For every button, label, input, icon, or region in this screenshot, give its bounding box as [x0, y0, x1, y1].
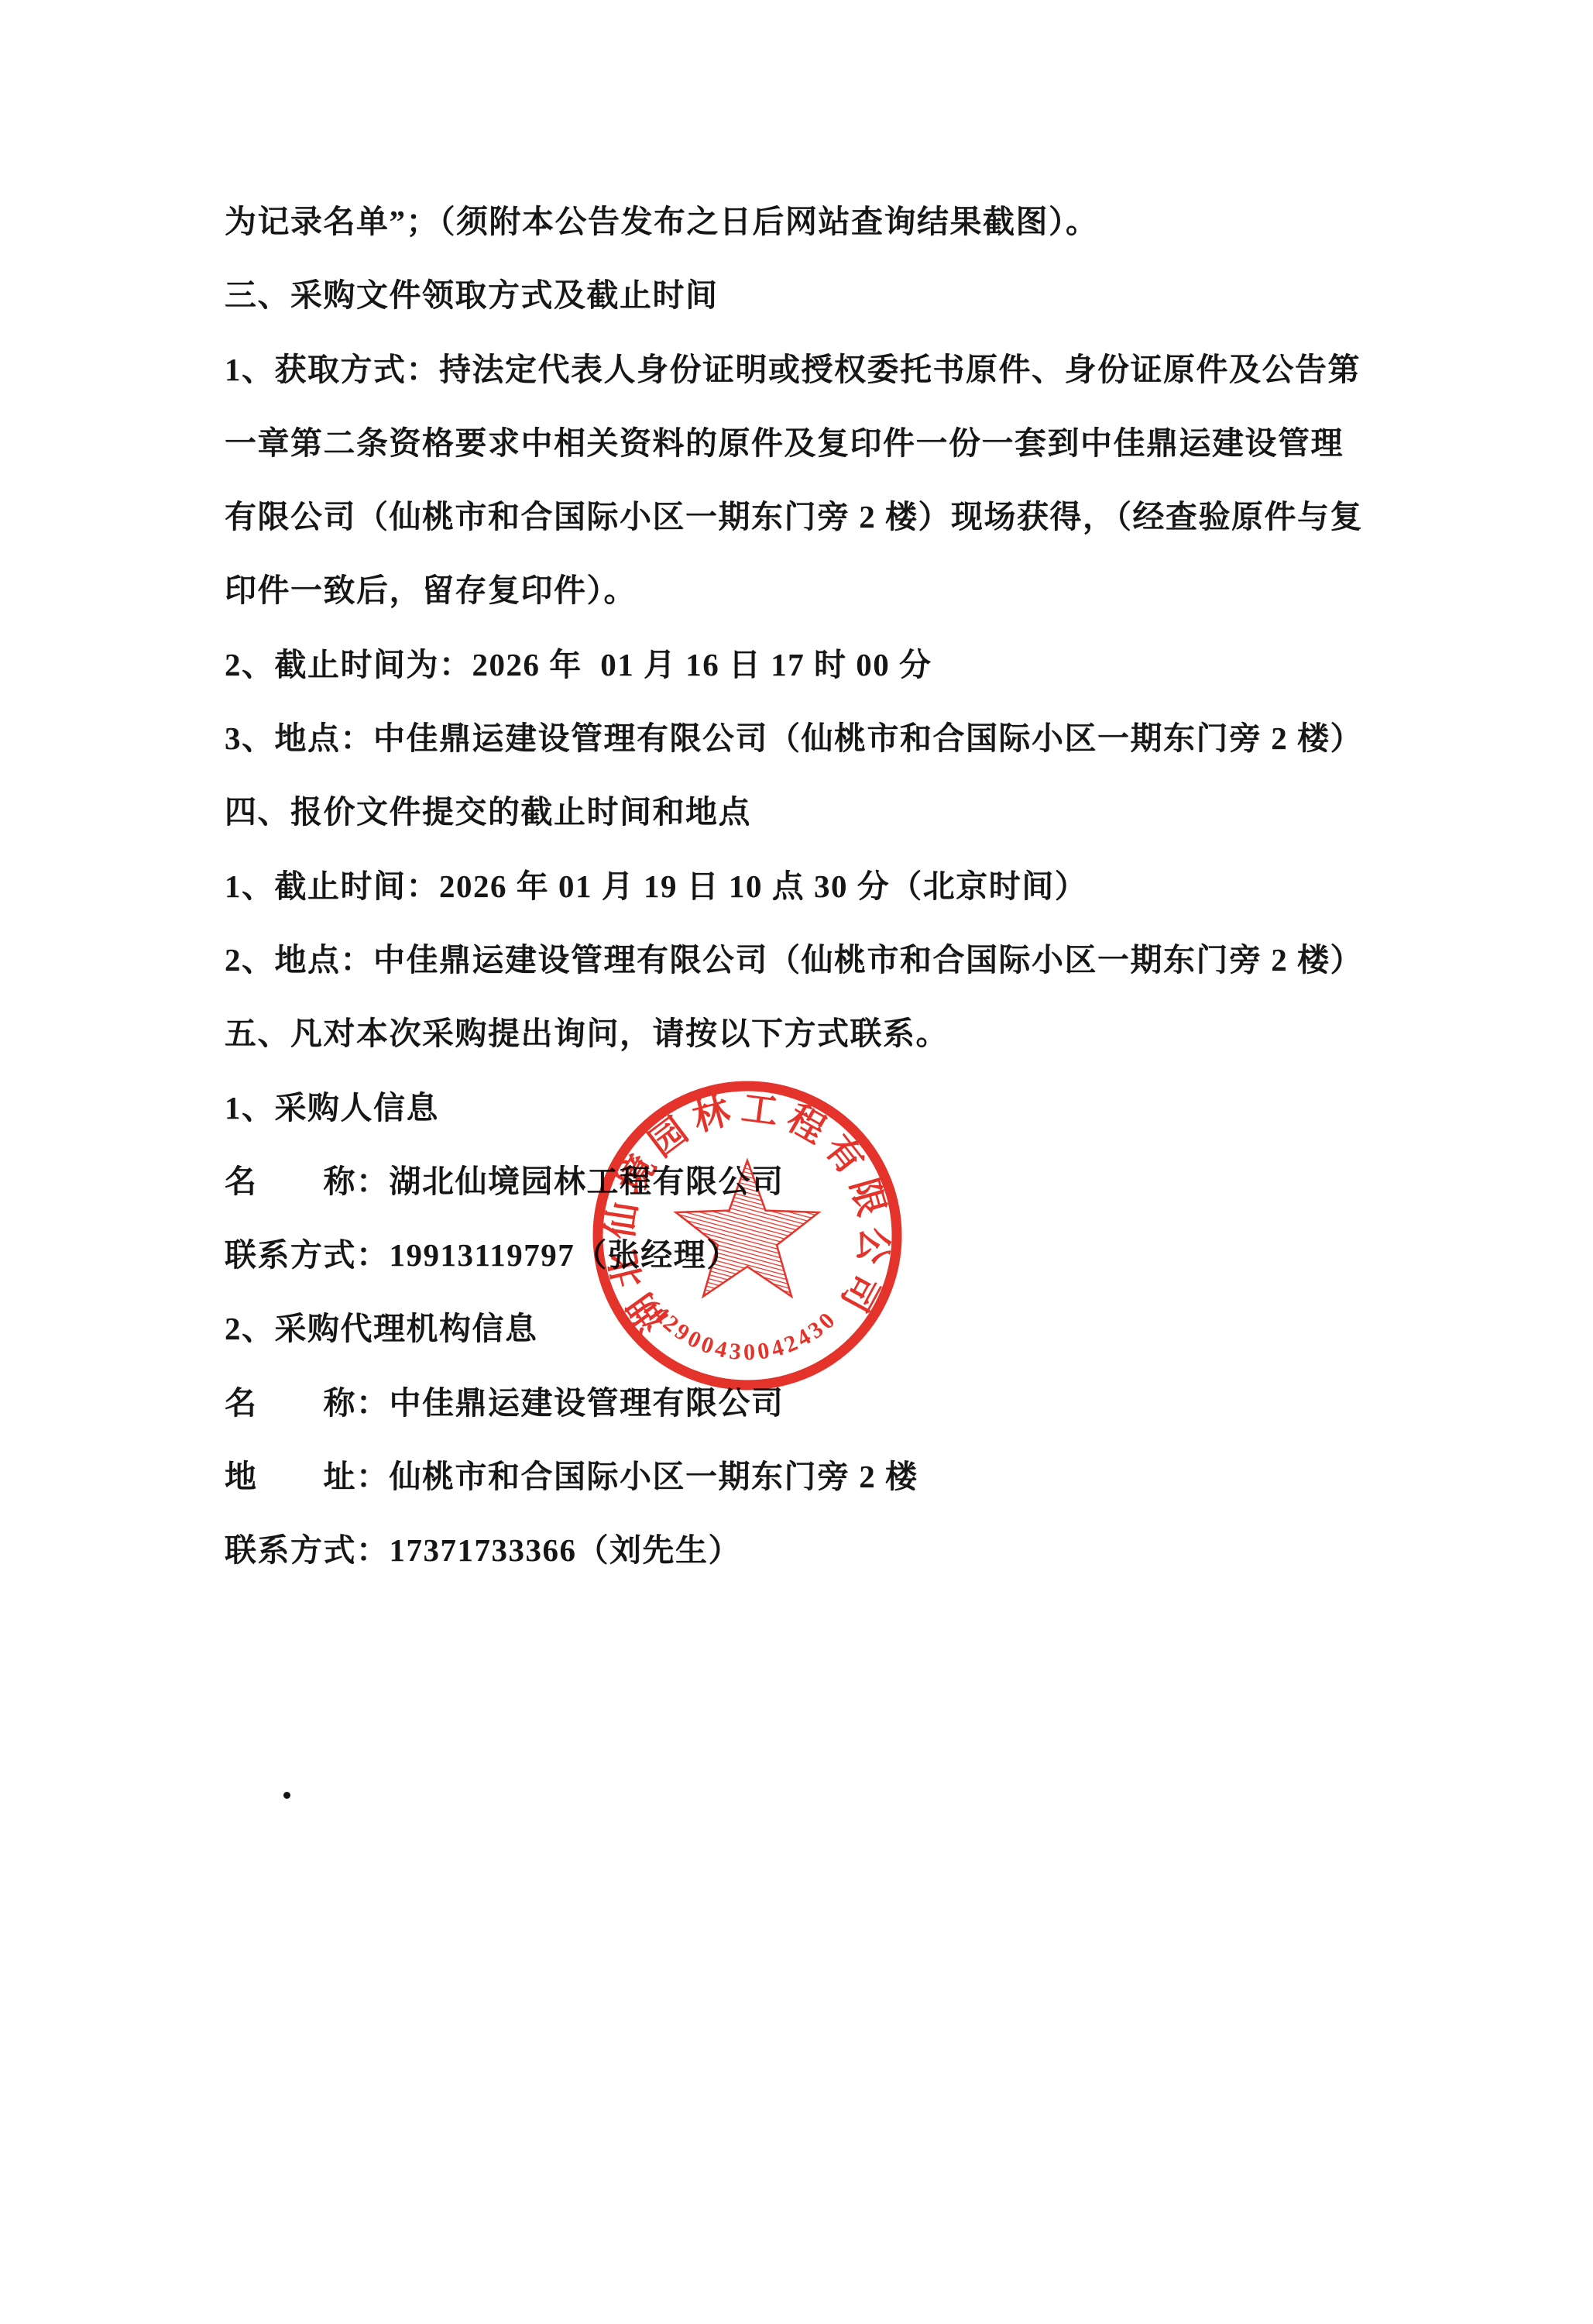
- document-page: 为记录名单”；（须附本公告发布之日后网站查询结果截图）。 三、采购文件领取方式及…: [0, 0, 1593, 2324]
- document-line: 1、采购人信息: [225, 1071, 1386, 1145]
- document-line: 五、凡对本次采购提出询问，请按以下方式联系。: [225, 997, 1386, 1071]
- document-line: 联系方式：17371733366（刘先生）: [225, 1514, 1386, 1587]
- document-line: 1、截止时间：2026 年 01 月 19 日 10 点 30 分（北京时间）: [225, 850, 1386, 923]
- document-line: 2、截止时间为：2026 年 01 月 16 日 17 时 00 分: [225, 628, 1386, 702]
- document-line: 地 址：仙桃市和合国际小区一期东门旁 2 楼: [225, 1440, 1386, 1514]
- document-line: 名 称：中佳鼎运建设管理有限公司: [225, 1367, 1386, 1440]
- document-line: 3、地点：中佳鼎运建设管理有限公司（仙桃市和合国际小区一期东门旁 2 楼）: [225, 702, 1386, 775]
- document-line: 印件一致后，留存复印件）。: [225, 554, 1386, 627]
- document-line: 名 称：湖北仙境园林工程有限公司: [225, 1145, 1386, 1219]
- document-line: 联系方式：19913119797（张经理）: [225, 1219, 1386, 1292]
- document-line: 四、报价文件提交的截止时间和地点: [225, 775, 1386, 849]
- document-body: 为记录名单”；（须附本公告发布之日后网站查询结果截图）。 三、采购文件领取方式及…: [225, 185, 1386, 1588]
- document-line: 为记录名单”；（须附本公告发布之日后网站查询结果截图）。: [225, 185, 1386, 259]
- document-line: 三、采购文件领取方式及截止时间: [225, 259, 1386, 332]
- document-line: 一章第二条资格要求中相关资料的原件及复印件一份一套到中佳鼎运建设管理: [225, 407, 1386, 480]
- document-line: 有限公司（仙桃市和合国际小区一期东门旁 2 楼）现场获得，（经查验原件与复: [225, 480, 1386, 554]
- ink-dot: [283, 1792, 290, 1799]
- document-line: 1、获取方式：持法定代表人身份证明或授权委托书原件、身份证原件及公告第: [225, 333, 1386, 407]
- document-line: 2、地点：中佳鼎运建设管理有限公司（仙桃市和合国际小区一期东门旁 2 楼）: [225, 923, 1386, 997]
- document-line: 2、采购代理机构信息: [225, 1292, 1386, 1366]
